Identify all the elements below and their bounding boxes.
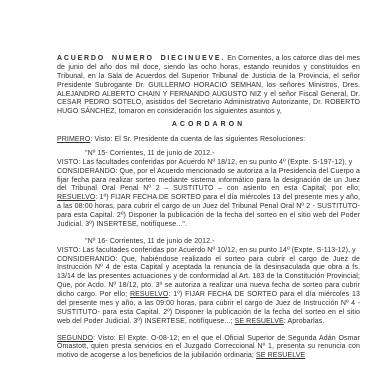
- segundo-text-1: : Visto: El Expte. O-08-12; en el que el…: [57, 335, 360, 360]
- resolution2-date-line: "Nº 16- Corrientes, 11 de junio de 2012.…: [57, 238, 360, 247]
- resolution1-considerando: CONSIDERANDO: Que, por el Acuerdo mencio…: [57, 168, 360, 230]
- resolution1-resuelvo-text: : 1º) FIJAR FECHA DE SORTEO para el día …: [57, 194, 360, 228]
- segundo-label: SEGUNDO: [57, 335, 93, 342]
- segundo-se-resuelve-label: SE RESUELVE: [256, 352, 305, 359]
- resolution2-se-resuelve-text: : Aprobarlas.: [284, 318, 325, 325]
- resolution2-se-resuelve-label: SE RESUELVE: [235, 318, 284, 325]
- intro-text: En Corrientes, a los catorce días del me…: [57, 55, 360, 115]
- resolution1-visto: VISTO: Las facultades conferidas por Acu…: [57, 159, 360, 168]
- resolution2-resuelvo-label: RESUELVO: [130, 291, 168, 298]
- resolution1-resuelvo-label: RESUELVO: [57, 194, 95, 201]
- intro-paragraph: ACUERDO NUMERO DIECINUEVE. En Corrientes…: [57, 55, 360, 117]
- acordaron-heading: ACORDARON: [57, 121, 360, 130]
- primero-label: PRIMERO: [57, 136, 90, 143]
- resolution1-considerando-text: CONSIDERANDO: Que, por el Acuerdo mencio…: [57, 168, 360, 193]
- segundo-paragraph: SEGUNDO: Visto: El Expte. O-08-12; en el…: [57, 335, 360, 362]
- document-page: ACUERDO NUMERO DIECINUEVE. En Corrientes…: [57, 55, 360, 361]
- primero-text: : Visto: El Sr. Presidente da cuenta de …: [90, 136, 305, 143]
- primero-paragraph: PRIMERO: Visto: El Sr. Presidente da cue…: [57, 136, 360, 145]
- document-title: ACUERDO NUMERO DIECINUEVE.: [57, 55, 225, 62]
- resolution2-visto: VISTO: Las facultades conferidas por Acu…: [57, 247, 360, 256]
- resolution2-considerando: CONSIDERANDO: Que, habiéndose realizado …: [57, 256, 360, 327]
- resolution1-date-line: "Nº 15- Corrientes, 11 de junio de 2012.…: [57, 150, 360, 159]
